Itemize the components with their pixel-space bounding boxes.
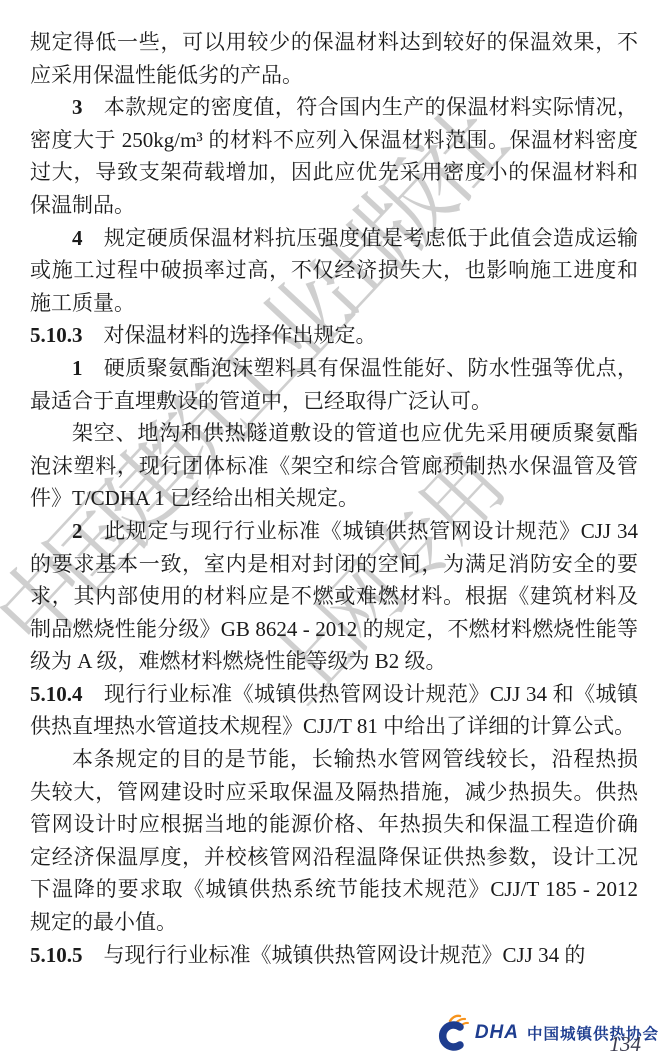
clause-number: 2 bbox=[72, 519, 83, 543]
paragraph: 4 规定硬质保温材料抗压强度值是考虑低于此值会造成运输或施工过程中破损率过高，不… bbox=[30, 222, 638, 320]
section-paragraph: 5.10.4 现行行业标准《城镇供热管网设计规范》CJJ 34 和《城镇供热直埋… bbox=[30, 678, 638, 743]
cdha-logo-icon bbox=[433, 1014, 473, 1052]
paragraph-text: 与现行行业标准《城镇供热管网设计规范》CJJ 34 的 bbox=[104, 943, 586, 967]
section-paragraph: 5.10.5 与现行行业标准《城镇供热管网设计规范》CJJ 34 的 bbox=[30, 939, 638, 972]
logo-acronym: DHA bbox=[475, 1022, 519, 1044]
paragraph-text: 本款规定的密度值，符合国内生产的保温材料实际情况，密度大于 250kg/m³ 的… bbox=[30, 95, 638, 217]
document-body: 规定得低一些，可以用较少的保温材料达到较好的保温效果，不应采用保温性能低劣的产品… bbox=[30, 26, 638, 971]
paragraph-text: 本条规定的目的是节能，长输热水管网管线较长，沿程热损失较大，管网建设时应采取保温… bbox=[30, 747, 638, 934]
paragraph-text: 现行行业标准《城镇供热管网设计规范》CJJ 34 和《城镇供热直埋热水管道技术规… bbox=[30, 682, 638, 739]
paragraph: 3 本款规定的密度值，符合国内生产的保温材料实际情况，密度大于 250kg/m³… bbox=[30, 91, 638, 221]
clause-number: 5.10.4 bbox=[30, 682, 83, 706]
page-number: 134 bbox=[610, 1032, 642, 1057]
paragraph-text: 架空、地沟和供热隧道敷设的管道也应优先采用硬质聚氨酯泡沫塑料，现行团体标准《架空… bbox=[30, 421, 638, 510]
paragraph-text: 硬质聚氨酯泡沫塑料具有保温性能好、防水性强等优点，最适合于直埋敷设的管道中，已经… bbox=[30, 356, 638, 413]
paragraph-text: 对保温材料的选择作出规定。 bbox=[104, 323, 377, 347]
paragraph: 规定得低一些，可以用较少的保温材料达到较好的保温效果，不应采用保温性能低劣的产品… bbox=[30, 26, 638, 91]
clause-number: 1 bbox=[72, 356, 83, 380]
paragraph-text: 规定得低一些，可以用较少的保温材料达到较好的保温效果，不应采用保温性能低劣的产品… bbox=[30, 30, 638, 87]
paragraph: 本条规定的目的是节能，长输热水管网管线较长，沿程热损失较大，管网建设时应采取保温… bbox=[30, 743, 638, 939]
clause-number: 4 bbox=[72, 226, 83, 250]
paragraph: 1 硬质聚氨酯泡沫塑料具有保温性能好、防水性强等优点，最适合于直埋敷设的管道中，… bbox=[30, 352, 638, 417]
document-page: 中国建筑工业出版社 上网专用 规定得低一些，可以用较少的保温材料达到较好的保温效… bbox=[0, 0, 667, 1058]
clause-number: 5.10.5 bbox=[30, 943, 83, 967]
paragraph-text: 此规定与现行行业标准《城镇供热管网设计规范》CJJ 34 的要求基本一致，室内是… bbox=[30, 519, 638, 673]
clause-number: 3 bbox=[72, 95, 83, 119]
section-paragraph: 5.10.3 对保温材料的选择作出规定。 bbox=[30, 319, 638, 352]
paragraph-text: 规定硬质保温材料抗压强度值是考虑低于此值会造成运输或施工过程中破损率过高，不仅经… bbox=[30, 226, 638, 315]
clause-number: 5.10.3 bbox=[30, 323, 83, 347]
paragraph: 2 此规定与现行行业标准《城镇供热管网设计规范》CJJ 34 的要求基本一致，室… bbox=[30, 515, 638, 678]
paragraph: 架空、地沟和供热隧道敷设的管道也应优先采用硬质聚氨酯泡沫塑料，现行团体标准《架空… bbox=[30, 417, 638, 515]
